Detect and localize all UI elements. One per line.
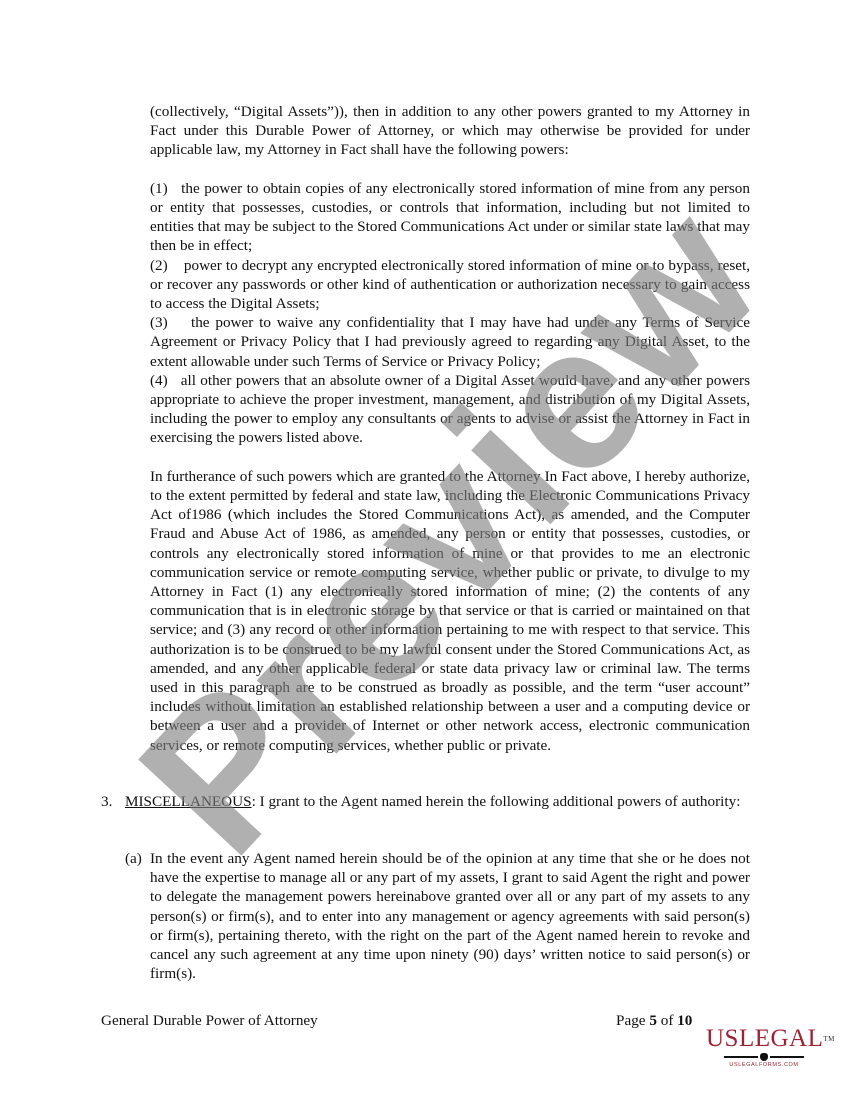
document-page: (collectively, “Digital Assets”)), then … — [0, 0, 850, 1100]
intro-paragraph-block: (collectively, “Digital Assets”)), then … — [150, 102, 750, 755]
item-label: (a) — [125, 849, 142, 868]
item-text: In the event any Agent named herein shou… — [150, 849, 750, 983]
section-3-miscellaneous: 3. MISCELLANEOUS: I grant to the Agent n… — [101, 792, 750, 811]
power-item-1: (1) the power to obtain copies of any el… — [150, 179, 750, 256]
eagle-icon — [724, 1053, 804, 1061]
section-3-item-a: (a) In the event any Agent named herein … — [125, 849, 750, 983]
logo-wordmark: USLEGALTM — [706, 1026, 822, 1052]
section-intro-text: : I grant to the Agent named herein the … — [252, 793, 741, 810]
section-number: 3. — [101, 792, 112, 811]
intro-paragraph: (collectively, “Digital Assets”)), then … — [150, 102, 750, 160]
furtherance-paragraph: In furtherance of such powers which are … — [150, 467, 750, 755]
logo-url: USLEGALFORMS.COM — [706, 1062, 822, 1068]
section-heading: MISCELLANEOUS — [125, 793, 252, 810]
footer-page-number: Page 5 of 10 — [616, 1012, 692, 1030]
current-page: 5 — [649, 1012, 657, 1029]
power-item-4: (4) all other powers that an absolute ow… — [150, 371, 750, 448]
section-3-body: MISCELLANEOUS: I grant to the Agent name… — [125, 792, 750, 811]
uslegal-logo: USLEGALTM USLEGALFORMS.COM — [706, 1026, 822, 1070]
power-item-3: (3) the power to waive any confidentiali… — [150, 313, 750, 371]
footer-document-title: General Durable Power of Attorney — [101, 1012, 318, 1030]
total-pages: 10 — [677, 1012, 692, 1029]
power-item-2: (2) power to decrypt any encrypted elect… — [150, 256, 750, 314]
